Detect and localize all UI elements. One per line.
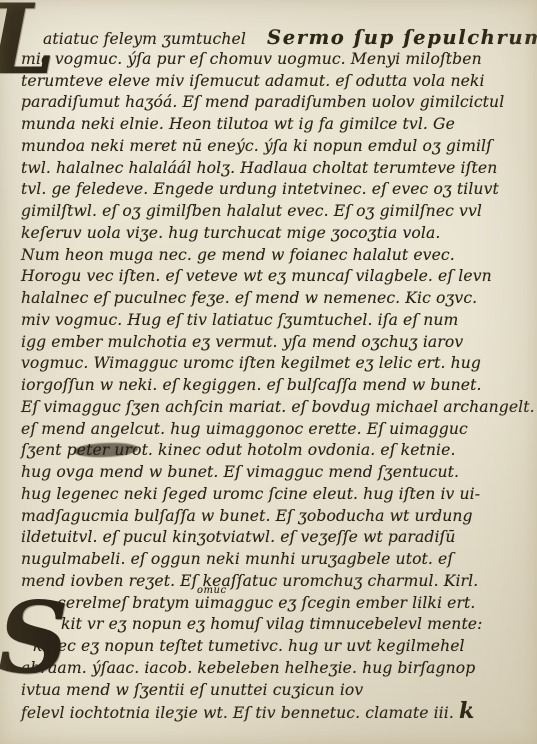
manuscript-line: mic vogmuc. ýſa pur eſ chomuv uogmuc. Me…	[21, 49, 533, 71]
manuscript-line: igg ember mulchotia eʒ vermut. yſa mend …	[21, 332, 533, 354]
manuscript-line: hug legenec neki ſeged uromc ſcine eleut…	[21, 484, 533, 506]
line-text: felevl iochtotnia ileʒie wt. Eſ tiv benn…	[21, 704, 454, 722]
manuscript-line: felevl iochtotnia ileʒie wt. Eſ tiv benn…	[21, 701, 533, 723]
manuscript-line: iorgoſſun w neki. eſ kegiggen. eſ bulſca…	[21, 375, 533, 397]
manuscript-line: Eſ vimagguc ſʒen achſcin mariat. eſ bovd…	[21, 397, 533, 419]
manuscript-line: mundoa neki meret nū eneýc. ýſa ki nopun…	[21, 136, 533, 158]
final-kyrie-letter: k	[459, 698, 474, 724]
manuscript-page: L S atiatuc feleym ʒumtuchel Sermo ſup ſ…	[0, 0, 537, 744]
manuscript-line: munda neki elnie. Heon tilutoa wt ig fa …	[21, 114, 533, 136]
manuscript-line: twl. halalnec halaláál holʒ. Hadlaua cho…	[21, 158, 533, 180]
manuscript-line: gimilſtwl. eſ oʒ gimilſben halalut evec.…	[21, 201, 533, 223]
manuscript-line: atiatuc feleym ʒumtuchel Sermo ſup ſepul…	[21, 27, 533, 49]
manuscript-line: halalnec eſ puculnec feʒe. eſ mend w nem…	[21, 288, 533, 310]
superscript-correction: omuc	[197, 586, 227, 596]
manuscript-line: vogmuc. Wimagguc uromc iſten kegilmet eʒ…	[21, 353, 533, 375]
manuscript-line: paradiſumut haʒóá. Eſ mend paradiſumben …	[21, 92, 533, 114]
manuscript-line: Horogu vec iſten. eſ veteve wt eʒ muncaſ…	[21, 266, 533, 288]
manuscript-line: ildetuitvl. eſ pucul kinʒotviatwl. eſ ve…	[21, 527, 533, 549]
manuscript-line: terumteve eleve miv iſemucut adamut. eſ …	[21, 71, 533, 93]
manuscript-line: madſagucmia bulſaſſa w bunet. Eſ ʒoboduc…	[21, 506, 533, 528]
manuscript-line: cerelmeſ bratym uimagguc eʒ ſcegin ember…	[21, 593, 533, 615]
manuscript-line: kit vr eʒ nopun eʒ homuſ vilag timnucebe…	[21, 614, 533, 636]
manuscript-line: miv vogmuc. Hug eſ tiv latiatuc ſʒumtuch…	[21, 310, 533, 332]
line-text: atiatuc feleym ʒumtuchel	[43, 30, 246, 48]
manuscript-line: nugulmabeli. eſ oggun neki munhi uruʒagb…	[21, 549, 533, 571]
sermon-rubric: Sermo ſup ſepulchrum.	[251, 26, 537, 49]
manuscript-line: ivtua mend w ſʒentii eſ unuttei cuʒicun …	[21, 680, 533, 702]
manuscript-line: abraam. ýſaac. iacob. kebeleben helheʒie…	[21, 658, 533, 680]
manuscript-line: keſeruv uola viʒe. hug turchucat mige ʒo…	[21, 223, 533, 245]
manuscript-text-block: atiatuc feleym ʒumtuchel Sermo ſup ſepul…	[21, 27, 533, 723]
manuscript-line: eſ mend angelcut. hug uimaggonoc erette.…	[21, 419, 533, 441]
line-text: cerelmeſ bratym uimagguc eʒ ſcegin ember…	[57, 594, 475, 612]
manuscript-line: hug ovga mend w bunet. Eſ vimagguc mend …	[21, 462, 533, 484]
manuscript-line: Num heon muga nec. ge mend w foianec hal…	[21, 245, 533, 267]
manuscript-line: kinec eʒ nopun teſtet tumetivc. hug ur u…	[21, 636, 533, 658]
manuscript-line: mend iovben reʒet. Eſ keaſſatuc uromchuʒ…	[21, 571, 533, 593]
manuscript-line: tvl. ge feledeve. Engede urdung intetvin…	[21, 179, 533, 201]
